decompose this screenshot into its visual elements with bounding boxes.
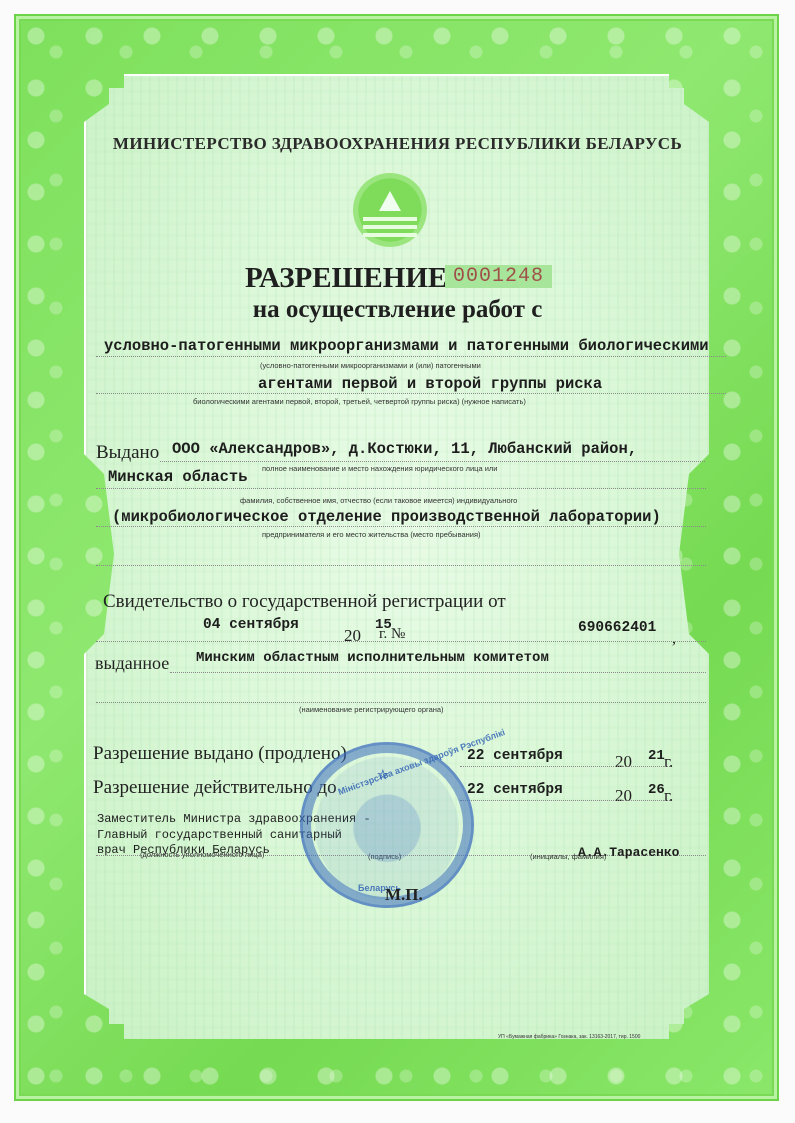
issued-date-value: 22 сентября <box>467 748 563 764</box>
permit-subtitle: на осуществление работ с <box>0 296 795 324</box>
signatory-name: А.А.Тарасенко <box>578 845 679 860</box>
issued-date-label: Разрешение выдано (продлено) <box>93 743 347 765</box>
printer-info: УП «Бумажная фабрика» Гознака, зак. 1316… <box>498 1034 640 1040</box>
scope-line-2: агентами первой и второй группы риска <box>258 375 602 393</box>
issued-to-hint-1: полное наименование и место нахождения ю… <box>262 464 498 473</box>
position-hint: (должность уполномоченного лица) <box>140 850 264 859</box>
registration-label: Свидетельство о государственной регистра… <box>103 591 506 613</box>
issued-by-label: выданное <box>95 653 169 674</box>
issued-year-prefix: 20 <box>615 752 632 772</box>
registration-date: 04 сентября <box>203 617 299 633</box>
registration-number: 690662401 <box>578 620 656 636</box>
scope-line-1: условно-патогенными микроорганизмами и п… <box>104 337 709 355</box>
valid-year-prefix: 20 <box>615 786 632 806</box>
issued-year-unit: г. <box>664 752 673 772</box>
permit-number: 0001248 <box>445 265 552 288</box>
issued-by-value: Минским областным исполнительным комитет… <box>196 650 549 666</box>
seal-star-icon: ☆ <box>377 767 389 783</box>
seal-place-label: М.П. <box>385 885 423 905</box>
issued-year-suffix: 21 <box>648 748 665 764</box>
ministry-heading: МИНИСТЕРСТВО ЗДРАВООХРАНЕНИЯ РЕСПУБЛИКИ … <box>0 134 795 154</box>
scope-hint-2: биологическими агентами первой, второй, … <box>193 397 526 406</box>
official-seal: Міністэрства аховы здароўя Рэспублікі Бе… <box>300 742 474 908</box>
issued-to-hint-3: предпринимателя и его место жительства (… <box>262 530 481 539</box>
valid-year-unit: г. <box>664 786 673 806</box>
issued-to-label: Выдано <box>96 442 159 464</box>
scope-hint-1: (условно-патогенными микроорганизмами и … <box>260 361 481 370</box>
valid-year-suffix: 26 <box>648 782 665 798</box>
valid-until-label: Разрешение действительно до <box>93 777 337 799</box>
issued-to-line-1: ООО «Александров», д.Костюки, 11, Любанс… <box>172 440 637 458</box>
valid-until-value: 22 сентября <box>467 782 563 798</box>
issued-to-hint-2: фамилия, собственное имя, отчество (если… <box>240 496 517 505</box>
issued-to-line-3: (микробиологическое отделение производст… <box>112 508 661 526</box>
registration-year-prefix: 20 <box>344 626 361 646</box>
registration-comma: , <box>672 630 676 648</box>
issued-to-line-2: Минская область <box>108 468 248 486</box>
belarus-coat-of-arms-icon <box>353 173 427 247</box>
issued-by-hint: (наименование регистрирующего органа) <box>299 705 444 714</box>
